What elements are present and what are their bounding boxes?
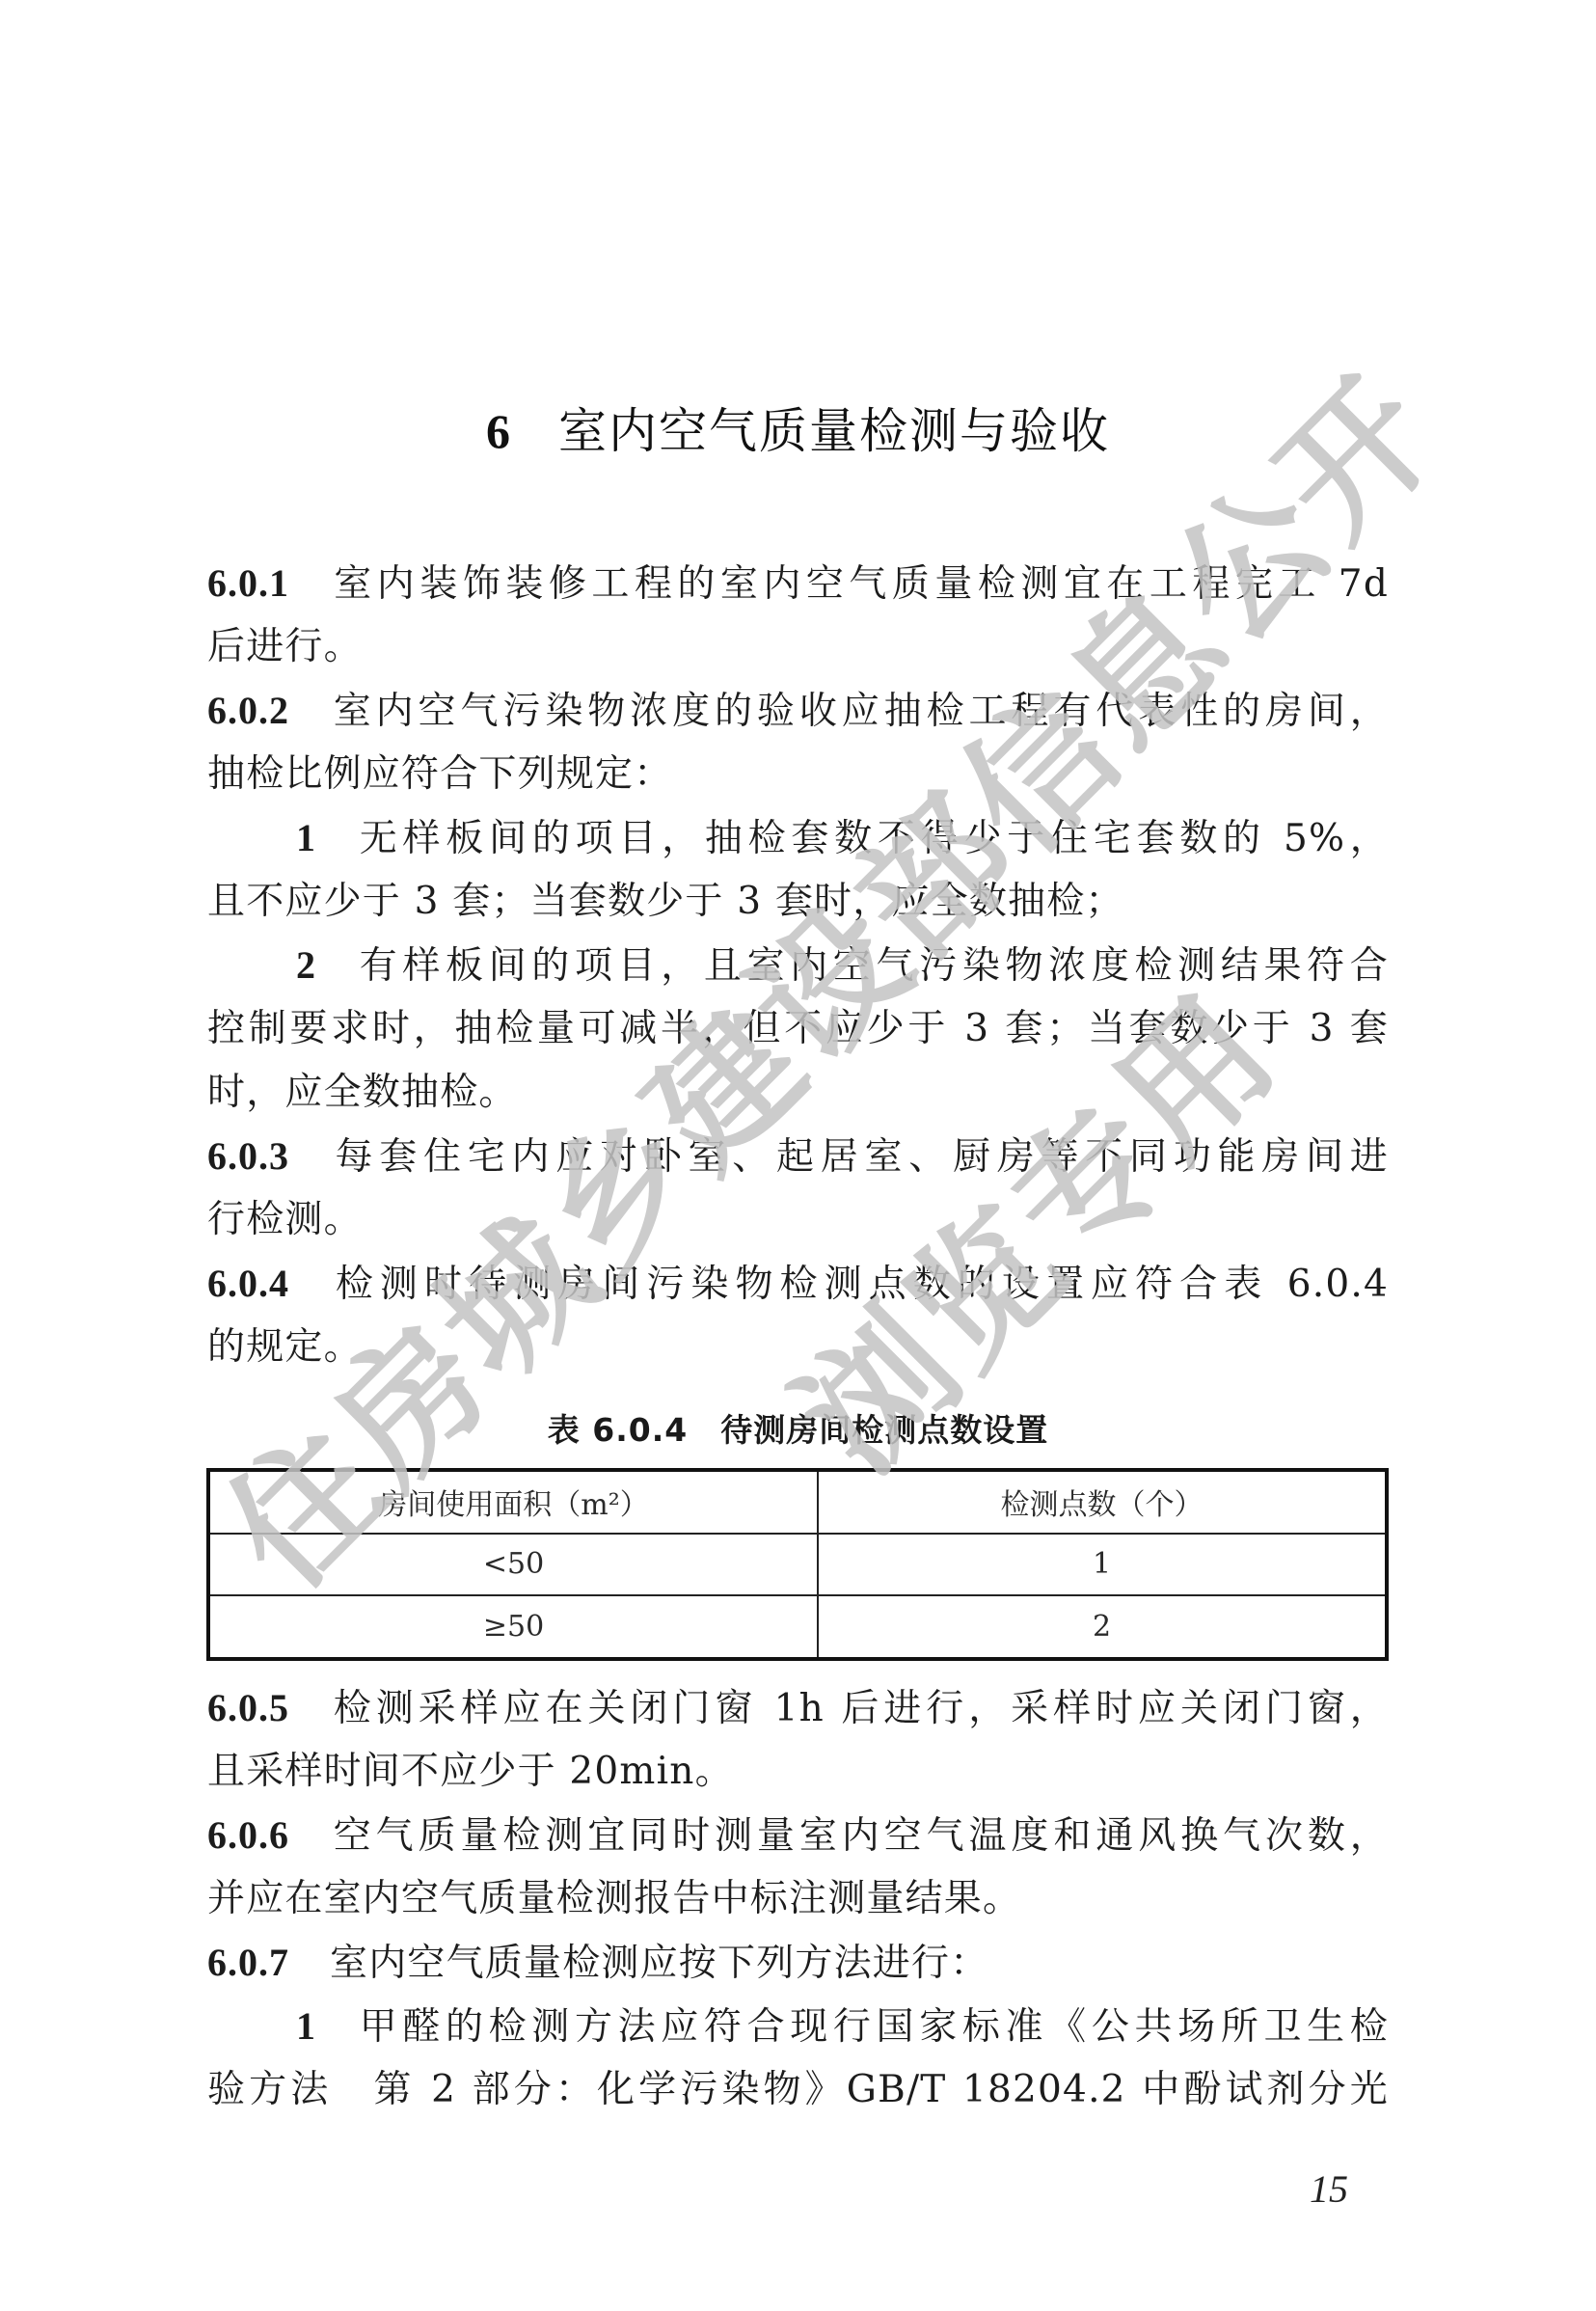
table-row: ≥50 2 xyxy=(208,1595,1387,1659)
clause-6-0-2-line-2: 抽检比例应符合下列规定： xyxy=(207,743,1389,806)
table-caption: 表 6.0.4待测房间检测点数设置 xyxy=(0,1406,1596,1455)
clause-6-0-4-line-1: 6.0.4检测时待测房间污染物检测点数的设置应符合表 6.0.4 xyxy=(207,1252,1389,1316)
cell-room-area: ≥50 xyxy=(208,1595,818,1659)
clause-6-0-3-line-1: 6.0.3每套住宅内应对卧室、起居室、厨房等不同功能房间进 xyxy=(207,1125,1389,1188)
cell-detection-points: 1 xyxy=(818,1534,1387,1596)
clause-text: 室内空气质量检测应按下列方法进行： xyxy=(330,1942,988,1985)
clause-6-0-2-item-2-line-3: 时，应全数抽检。 xyxy=(207,1061,1389,1125)
clause-6-0-2-item-2-line-2: 控制要求时，抽检量可减半，但不应少于 3 套；当套数少于 3 套 xyxy=(207,997,1389,1061)
clause-6-0-6-line-2: 并应在室内空气质量检测报告中标注测量结果。 xyxy=(207,1867,1389,1931)
clause-text: 每套住宅内应对卧室、起居室、厨房等不同功能房间进 xyxy=(330,1135,1389,1179)
clause-text: 检测时待测房间污染物检测点数的设置应符合表 6.0.4 xyxy=(330,1263,1389,1306)
clause-6-0-2-item-2-line-1: 2有样板间的项目，且室内空气污染物浓度检测结果符合 xyxy=(207,934,1389,997)
document-page: 6室内空气质量检测与验收 6.0.1室内装饰装修工程的室内空气质量检测宜在工程完… xyxy=(0,0,1596,2311)
item-text: 甲醛的检测方法应符合现行国家标准《公共场所卫生检 xyxy=(355,2005,1389,2049)
clause-6-0-7-item-1-line-1: 1甲醛的检测方法应符合现行国家标准《公共场所卫生检 xyxy=(207,1995,1389,2058)
clause-6-0-2-item-1-line-1: 1无样板间的项目，抽检套数不得少于住宅套数的 5%， xyxy=(207,806,1389,870)
clause-number: 6.0.5 xyxy=(207,1686,289,1729)
clause-6-0-3-line-2: 行检测。 xyxy=(207,1188,1389,1252)
clause-6-0-5-line-1: 6.0.5检测采样应在关闭门窗 1h 后进行，采样时应关闭门窗， xyxy=(207,1676,1389,1740)
clause-number: 6.0.4 xyxy=(207,1262,289,1305)
item-number: 2 xyxy=(296,943,316,987)
item-text: 无样板间的项目，抽检套数不得少于住宅套数的 5%， xyxy=(355,817,1389,860)
clause-text: 室内空气污染物浓度的验收应抽检工程有代表性的房间， xyxy=(330,690,1389,733)
clause-number: 6.0.6 xyxy=(207,1813,289,1857)
item-number: 1 xyxy=(296,2004,316,2048)
table-number: 表 6.0.4 xyxy=(548,1411,688,1449)
clause-number: 6.0.2 xyxy=(207,689,289,732)
clause-text: 室内装饰装修工程的室内空气质量检测宜在工程完工 7d xyxy=(330,562,1389,606)
page-number: 15 xyxy=(1310,2166,1348,2212)
detection-points-table: 房间使用面积（m²） 检测点数（个） <50 1 ≥50 2 xyxy=(206,1468,1389,1661)
cell-room-area: <50 xyxy=(208,1534,818,1596)
clause-text: 空气质量检测宜同时测量室内空气温度和通风换气次数， xyxy=(330,1814,1389,1858)
cell-detection-points: 2 xyxy=(818,1595,1387,1659)
item-number: 1 xyxy=(296,816,316,859)
header-room-area: 房间使用面积（m²） xyxy=(208,1470,818,1534)
table-row: <50 1 xyxy=(208,1534,1387,1596)
clause-number: 6.0.7 xyxy=(207,1941,289,1984)
clause-6-0-4-line-2: 的规定。 xyxy=(207,1316,1389,1379)
chapter-title: 6室内空气质量检测与验收 xyxy=(0,397,1596,465)
item-text: 有样板间的项目，且室内空气污染物浓度检测结果符合 xyxy=(355,944,1389,988)
clause-6-0-5-line-2: 且采样时间不应少于 20min。 xyxy=(207,1740,1389,1804)
clause-6-0-2-line-1: 6.0.2室内空气污染物浓度的验收应抽检工程有代表性的房间， xyxy=(207,679,1389,743)
clause-6-0-1-line-1: 6.0.1室内装饰装修工程的室内空气质量检测宜在工程完工 7d xyxy=(207,552,1389,615)
clause-6-0-1-line-2: 后进行。 xyxy=(207,615,1389,679)
clause-6-0-2-item-1-line-2: 且不应少于 3 套；当套数少于 3 套时，应全数抽检； xyxy=(207,870,1389,934)
table-title: 待测房间检测点数设置 xyxy=(720,1411,1048,1449)
chapter-number: 6 xyxy=(486,404,512,458)
clause-text: 检测采样应在关闭门窗 1h 后进行，采样时应关闭门窗， xyxy=(330,1687,1389,1730)
table-header-row: 房间使用面积（m²） 检测点数（个） xyxy=(208,1470,1387,1534)
header-detection-points: 检测点数（个） xyxy=(818,1470,1387,1534)
clause-6-0-7-item-1-line-2: 验方法 第 2 部分：化学污染物》GB/T 18204.2 中酚试剂分光 xyxy=(207,2058,1389,2122)
clause-6-0-6-line-1: 6.0.6空气质量检测宜同时测量室内空气温度和通风换气次数， xyxy=(207,1804,1389,1867)
clause-number: 6.0.3 xyxy=(207,1134,289,1178)
clause-6-0-7-line-1: 6.0.7室内空气质量检测应按下列方法进行： xyxy=(207,1931,1389,1995)
chapter-title-text: 室内空气质量检测与验收 xyxy=(558,403,1110,459)
clause-number: 6.0.1 xyxy=(207,561,289,605)
